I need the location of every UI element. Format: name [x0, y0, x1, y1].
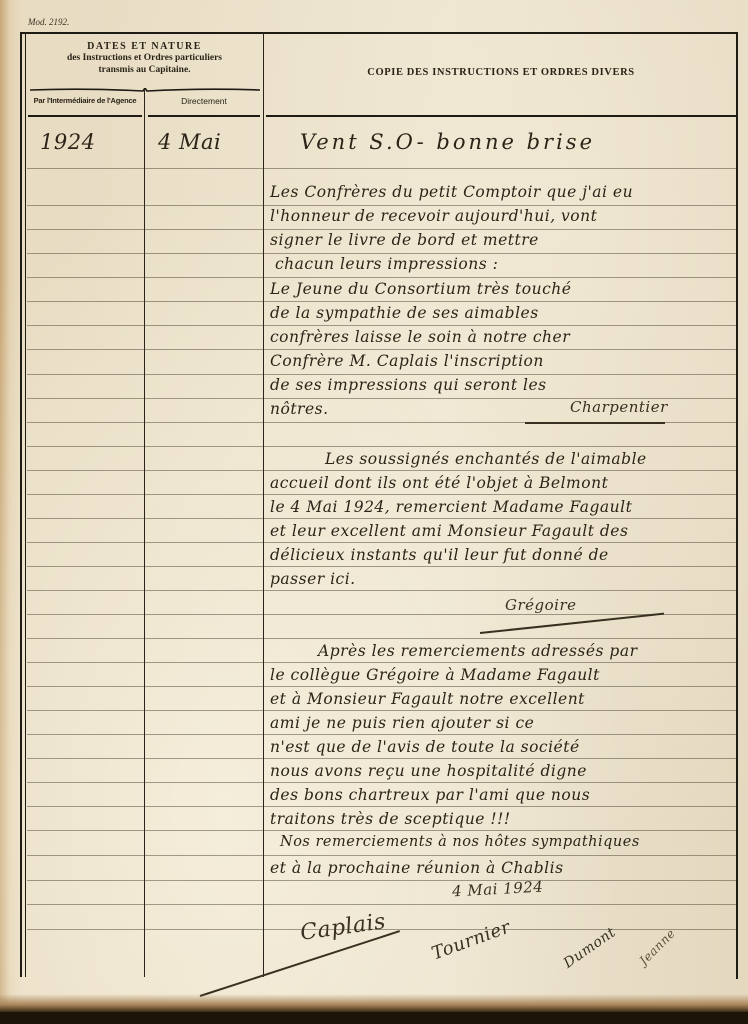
signature-flourish	[525, 422, 665, 424]
header-bottom-rule	[148, 115, 260, 117]
entry-date: 4 Mai	[158, 130, 221, 154]
column-divider-instructions	[263, 32, 264, 977]
logbook-page: Mod. 2192. DATES ET NATURE des Instructi…	[0, 0, 748, 1012]
entry-weather: Vent S.O- bonne brise	[300, 130, 595, 154]
header-subtitle-2: transmis au Capitaine.	[26, 64, 263, 76]
header-subtitle-1: des Instructions et Ordres particuliers	[26, 52, 263, 64]
form-code: Mod. 2192.	[28, 17, 69, 27]
text-line: et à Monsieur Fagault notre excellent	[270, 690, 585, 708]
text-line: Le Jeune du Consortium très touché	[270, 280, 571, 298]
ruled-line	[27, 590, 736, 591]
ruled-line	[27, 253, 736, 254]
text-line: l'honneur de recevoir aujourd'hui, vont	[270, 207, 597, 225]
ruled-line	[27, 374, 736, 375]
signature-gregoire: Grégoire	[505, 596, 577, 614]
ruled-line	[27, 205, 736, 206]
ruled-line	[27, 566, 736, 567]
ruled-line	[27, 880, 736, 881]
header-ornament-rule	[30, 88, 260, 92]
ruled-line	[27, 168, 736, 169]
column-header-direct: Directement	[148, 96, 260, 106]
text-line: délicieux instants qu'il leur fut donné …	[270, 546, 609, 564]
text-line: Après les remerciements adressés par	[318, 642, 638, 660]
ruled-line	[27, 662, 736, 663]
ruled-line	[27, 686, 736, 687]
ruled-line	[27, 855, 736, 856]
text-line: ami je ne puis rien ajouter si ce	[270, 714, 534, 732]
text-line: des bons chartreux par l'ami que nous	[270, 786, 590, 804]
ruled-line	[27, 301, 736, 302]
ruled-line	[27, 734, 736, 735]
ruled-line	[27, 349, 736, 350]
ruled-line	[27, 806, 736, 807]
header-title: DATES ET NATURE	[26, 41, 263, 52]
text-line: confrères laisse le soin à notre cher	[270, 328, 570, 346]
entry-year: 1924	[40, 130, 95, 154]
text-line: Les soussignés enchantés de l'aimable	[325, 450, 647, 468]
ruled-line	[27, 830, 736, 831]
ruled-line	[27, 494, 736, 495]
ruled-line	[27, 325, 736, 326]
ruled-line	[27, 758, 736, 759]
ruled-line	[27, 614, 736, 615]
text-line: signer le livre de bord et mettre	[270, 231, 539, 249]
ruled-line	[27, 446, 736, 447]
text-line: traitons très de sceptique !!!	[270, 810, 511, 828]
text-line: Nos remerciements à nos hôtes sympathiqu…	[280, 834, 640, 850]
text-line: n'est que de l'avis de toute la société	[270, 738, 580, 756]
text-line: Les Confrères du petit Comptoir que j'ai…	[270, 183, 633, 201]
frame-left-rule	[20, 32, 22, 977]
header-bottom-rule	[266, 115, 736, 117]
text-line: et leur excellent ami Monsieur Fagault d…	[270, 522, 628, 540]
header-dates-nature: DATES ET NATURE des Instructions et Ordr…	[26, 34, 263, 90]
header-bottom-rule	[28, 115, 142, 117]
ruled-line	[27, 710, 736, 711]
ruled-line	[27, 470, 736, 471]
text-line: nous avons reçu une hospitalité digne	[270, 762, 587, 780]
text-line: de ses impressions qui seront les	[270, 376, 547, 394]
ruled-line	[27, 229, 736, 230]
ruled-line	[27, 638, 736, 639]
ruled-line	[27, 518, 736, 519]
text-line: de la sympathie de ses aimables	[270, 304, 539, 322]
text-line: le collègue Grégoire à Madame Fagault	[270, 666, 600, 684]
column-header-agency: Par l'Intermédiaire de l'Agence	[28, 96, 142, 105]
column-header-instructions: COPIE DES INSTRUCTIONS ET ORDRES DIVERS	[266, 67, 736, 78]
text-line: et à la prochaine réunion à Chablis	[270, 859, 564, 877]
ruled-line	[27, 542, 736, 543]
column-divider-agency	[144, 90, 145, 977]
text-line: le 4 Mai 1924, remercient Madame Fagault	[270, 498, 632, 516]
frame-left-rule-inner	[25, 32, 26, 977]
signature-charpentier: Charpentier	[570, 398, 668, 416]
text-line: chacun leurs impressions :	[275, 255, 498, 273]
text-line: passer ici.	[270, 570, 356, 588]
text-line: accueil dont ils ont été l'objet à Belmo…	[270, 474, 608, 492]
ruled-line	[27, 277, 736, 278]
text-line: nôtres.	[270, 400, 329, 418]
ruled-line	[27, 782, 736, 783]
ruled-line	[27, 904, 736, 905]
text-line: Confrère M. Caplais l'inscription	[270, 352, 544, 370]
